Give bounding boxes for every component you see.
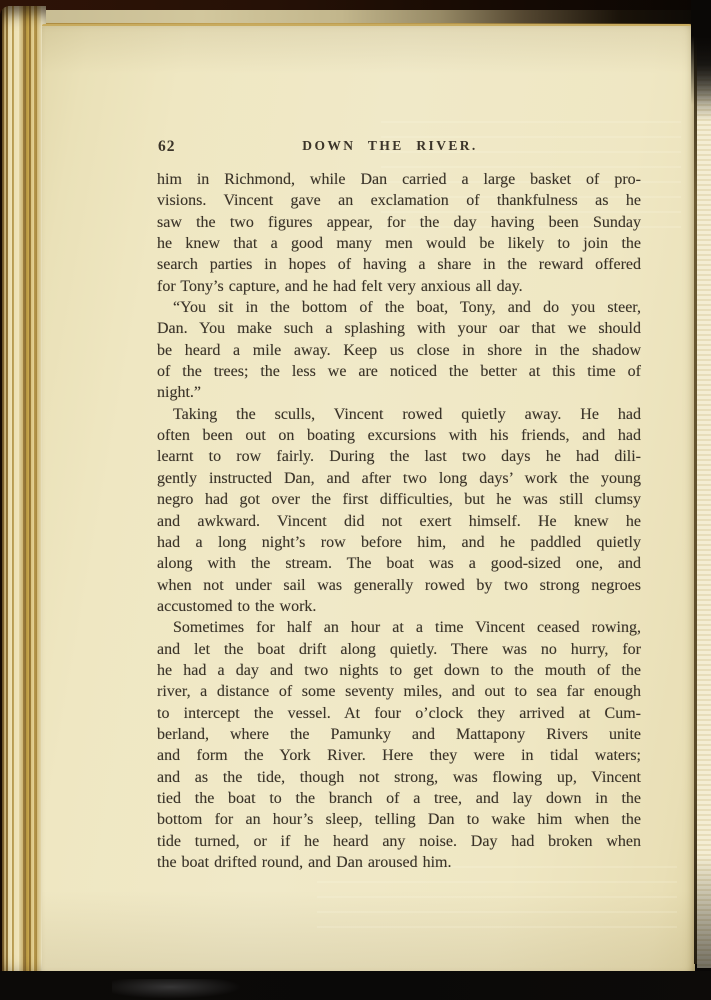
text-line: Taking the sculls, Vincent rowed quietly… — [157, 404, 641, 425]
text-line: for Tony’s capture, and he had felt very… — [157, 276, 641, 297]
text-line: Sometimes for half an hour at a time Vin… — [157, 617, 641, 638]
text-line: accustomed to the work. — [157, 596, 641, 617]
text-line: night.” — [157, 382, 641, 403]
text-line: had a long night’s row before him, and h… — [157, 532, 641, 553]
text-line: and as the tide, though not strong, was … — [157, 767, 641, 788]
text-line: and let the boat drift along quietly. Th… — [157, 639, 641, 660]
text-line: be heard a mile away. Keep us close in s… — [157, 340, 641, 361]
text-line: negro had got over the first difficultie… — [157, 489, 641, 510]
text-line: the boat drifted round, and Dan aroused … — [157, 852, 641, 873]
text-line: along with the stream. The boat was a go… — [157, 553, 641, 574]
text-line: often been out on boating excursions wit… — [157, 425, 641, 446]
text-line: learnt to row fairly. During the last tw… — [157, 446, 641, 467]
book-page: 62 DOWN THE RIVER. him in Richmond, whil… — [42, 24, 695, 978]
text-line: bottom for an hour’s sleep, telling Dan … — [157, 809, 641, 830]
text-line: him in Richmond, while Dan carried a lar… — [157, 169, 641, 190]
background-table — [0, 971, 711, 1000]
text-line: gently instructed Dan, and after two lon… — [157, 468, 641, 489]
text-line: when not under sail was generally rowed … — [157, 575, 641, 596]
text-block: 62 DOWN THE RIVER. him in Richmond, whil… — [157, 138, 641, 873]
text-line: river, a distance of some seventy miles,… — [157, 681, 641, 702]
text-line: “You sit in the bottom of the boat, Tony… — [157, 297, 641, 318]
book-stand-glint — [112, 979, 242, 999]
top-right-shadow — [691, 0, 711, 105]
body-text: him in Richmond, while Dan carried a lar… — [157, 169, 641, 873]
paragraph: Taking the sculls, Vincent rowed quietly… — [157, 404, 641, 617]
text-line: and awkward. Vincent did not exert himse… — [157, 511, 641, 532]
page-number: 62 — [158, 138, 176, 156]
text-line: he had a day and two nights to get down … — [157, 660, 641, 681]
text-line: saw the two figures appear, for the day … — [157, 212, 641, 233]
text-line: Dan. You make such a splashing with your… — [157, 318, 641, 339]
running-header: 62 DOWN THE RIVER. — [157, 138, 641, 158]
paragraph: him in Richmond, while Dan carried a lar… — [157, 169, 641, 297]
text-line: and form the York River. Here they were … — [157, 745, 641, 766]
book-photograph: 62 DOWN THE RIVER. him in Richmond, whil… — [0, 0, 711, 1000]
paragraph: “You sit in the bottom of the boat, Tony… — [157, 297, 641, 404]
text-line: search parties in hopes of having a shar… — [157, 254, 641, 275]
text-line: tide turned, or if he heard any noise. D… — [157, 831, 641, 852]
page-stack-left-edges — [0, 6, 46, 986]
text-line: berland, where the Pamunky and Mattapony… — [157, 724, 641, 745]
text-line: to intercept the vessel. At four o’clock… — [157, 703, 641, 724]
text-line: he knew that a good many men would be li… — [157, 233, 641, 254]
paragraph: Sometimes for half an hour at a time Vin… — [157, 617, 641, 873]
running-title: DOWN THE RIVER. — [157, 138, 641, 154]
page-stack-right-edge — [697, 26, 711, 968]
text-line: tied the boat to the branch of a tree, a… — [157, 788, 641, 809]
scan-streaks — [317, 866, 677, 941]
text-line: of the trees; the less we are noticed th… — [157, 361, 641, 382]
text-line: visions. Vincent gave an exclamation of … — [157, 190, 641, 211]
